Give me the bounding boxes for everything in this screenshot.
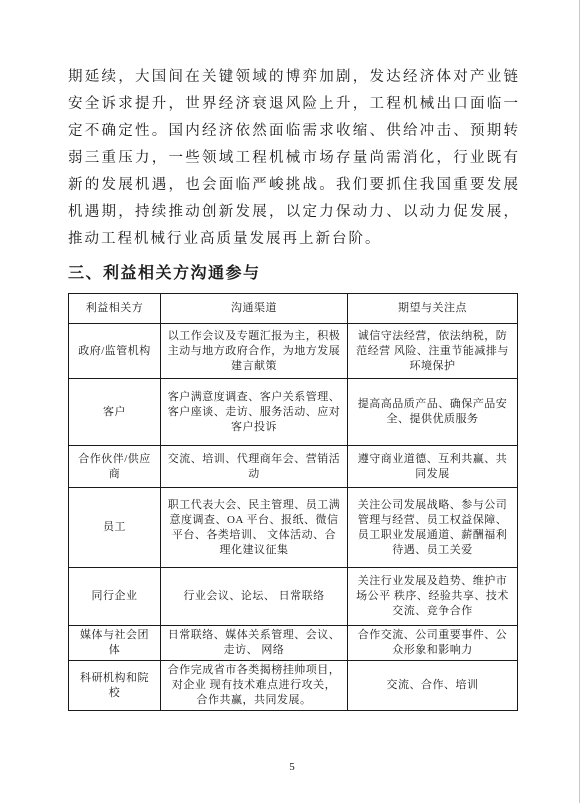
table-row: 合作伙伴/供应商交流、培训、代理商年会、营销活动遵守商业道德、互利共赢、共同发展 [69, 446, 518, 488]
header-stakeholder: 利益相关方 [69, 294, 161, 324]
table-row: 政府/监管机构以工作会议及专题汇报为主，积极主动与地方政府合作，为地方发展建言献… [69, 324, 518, 379]
table-row: 客户客户满意度调查、客户关系管理、客户座谈、走访、服务活动、应对客户投诉提高高品… [69, 379, 518, 446]
cell-channels: 交流、培训、代理商年会、营销活动 [161, 446, 348, 488]
table-body: 政府/监管机构以工作会议及专题汇报为主，积极主动与地方政府合作，为地方发展建言献… [69, 324, 518, 711]
page-edge-line [579, 0, 580, 803]
document-page: 期延续，大国间在关键领域的博弈加剧，发达经济体对产业链安全诉求提升，世界经济衰退… [0, 0, 584, 803]
table-row: 员工职工代表大会、民主管理、员工满意度调查、OA 平台、报纸、微信平台、各类培训… [69, 488, 518, 568]
cell-channels: 日常联络、媒体关系管理、会议、走访、 网络 [161, 626, 348, 661]
cell-channels: 行业会议、论坛、 日常联络 [161, 568, 348, 626]
table-row: 科研机构和院校合作完成省市各类揭榜挂帅项目，对企业 现有技术难点进行攻关，合作共… [69, 661, 518, 711]
cell-channels: 职工代表大会、民主管理、员工满意度调查、OA 平台、报纸、微信平台、各类培训、 … [161, 488, 348, 568]
stakeholder-table: 利益相关方 沟通渠道 期望与关注点 政府/监管机构以工作会议及专题汇报为主，积极… [68, 293, 518, 711]
cell-expectations: 遵守商业道德、互利共赢、共同发展 [348, 446, 518, 488]
cell-stakeholder: 客户 [69, 379, 161, 446]
body-paragraph: 期延续，大国间在关键领域的博弈加剧，发达经济体对产业链安全诉求提升，世界经济衰退… [68, 64, 520, 253]
header-expectations: 期望与关注点 [348, 294, 518, 324]
cell-expectations: 关注公司发展战略、参与公司管理与经营、员工权益保障、员工职业发展通道、薪酬福利待… [348, 488, 518, 568]
cell-stakeholder: 员工 [69, 488, 161, 568]
cell-channels: 客户满意度调查、客户关系管理、客户座谈、走访、服务活动、应对客户投诉 [161, 379, 348, 446]
cell-stakeholder: 科研机构和院校 [69, 661, 161, 711]
cell-expectations: 诚信守法经营，依法纳税，防范经营 风险、注重节能减排与环境保护 [348, 324, 518, 379]
cell-channels: 合作完成省市各类揭榜挂帅项目，对企业 现有技术难点进行攻关，合作共赢，共同发展。 [161, 661, 348, 711]
table-row: 媒体与社会团体日常联络、媒体关系管理、会议、走访、 网络合作交流、公司重要事件、… [69, 626, 518, 661]
header-channels: 沟通渠道 [161, 294, 348, 324]
table-row: 同行企业行业会议、论坛、 日常联络关注行业发展及趋势、维护市场公平 秩序、经验共… [69, 568, 518, 626]
cell-expectations: 合作交流、公司重要事件、公众形象和影响力 [348, 626, 518, 661]
cell-expectations: 提高高品质产品、确保产品安全、提供优质服务 [348, 379, 518, 446]
cell-stakeholder: 政府/监管机构 [69, 324, 161, 379]
cell-channels: 以工作会议及专题汇报为主，积极主动与地方政府合作，为地方发展建言献策 [161, 324, 348, 379]
section-heading: 三、利益相关方沟通参与 [68, 262, 261, 286]
page-number: 5 [0, 761, 584, 773]
cell-stakeholder: 合作伙伴/供应商 [69, 446, 161, 488]
cell-expectations: 交流、合作、培训 [348, 661, 518, 711]
cell-stakeholder: 同行企业 [69, 568, 161, 626]
cell-expectations: 关注行业发展及趋势、维护市场公平 秩序、经验共享、技术交流、竞争合作 [348, 568, 518, 626]
table-header-row: 利益相关方 沟通渠道 期望与关注点 [69, 294, 518, 324]
cell-stakeholder: 媒体与社会团体 [69, 626, 161, 661]
